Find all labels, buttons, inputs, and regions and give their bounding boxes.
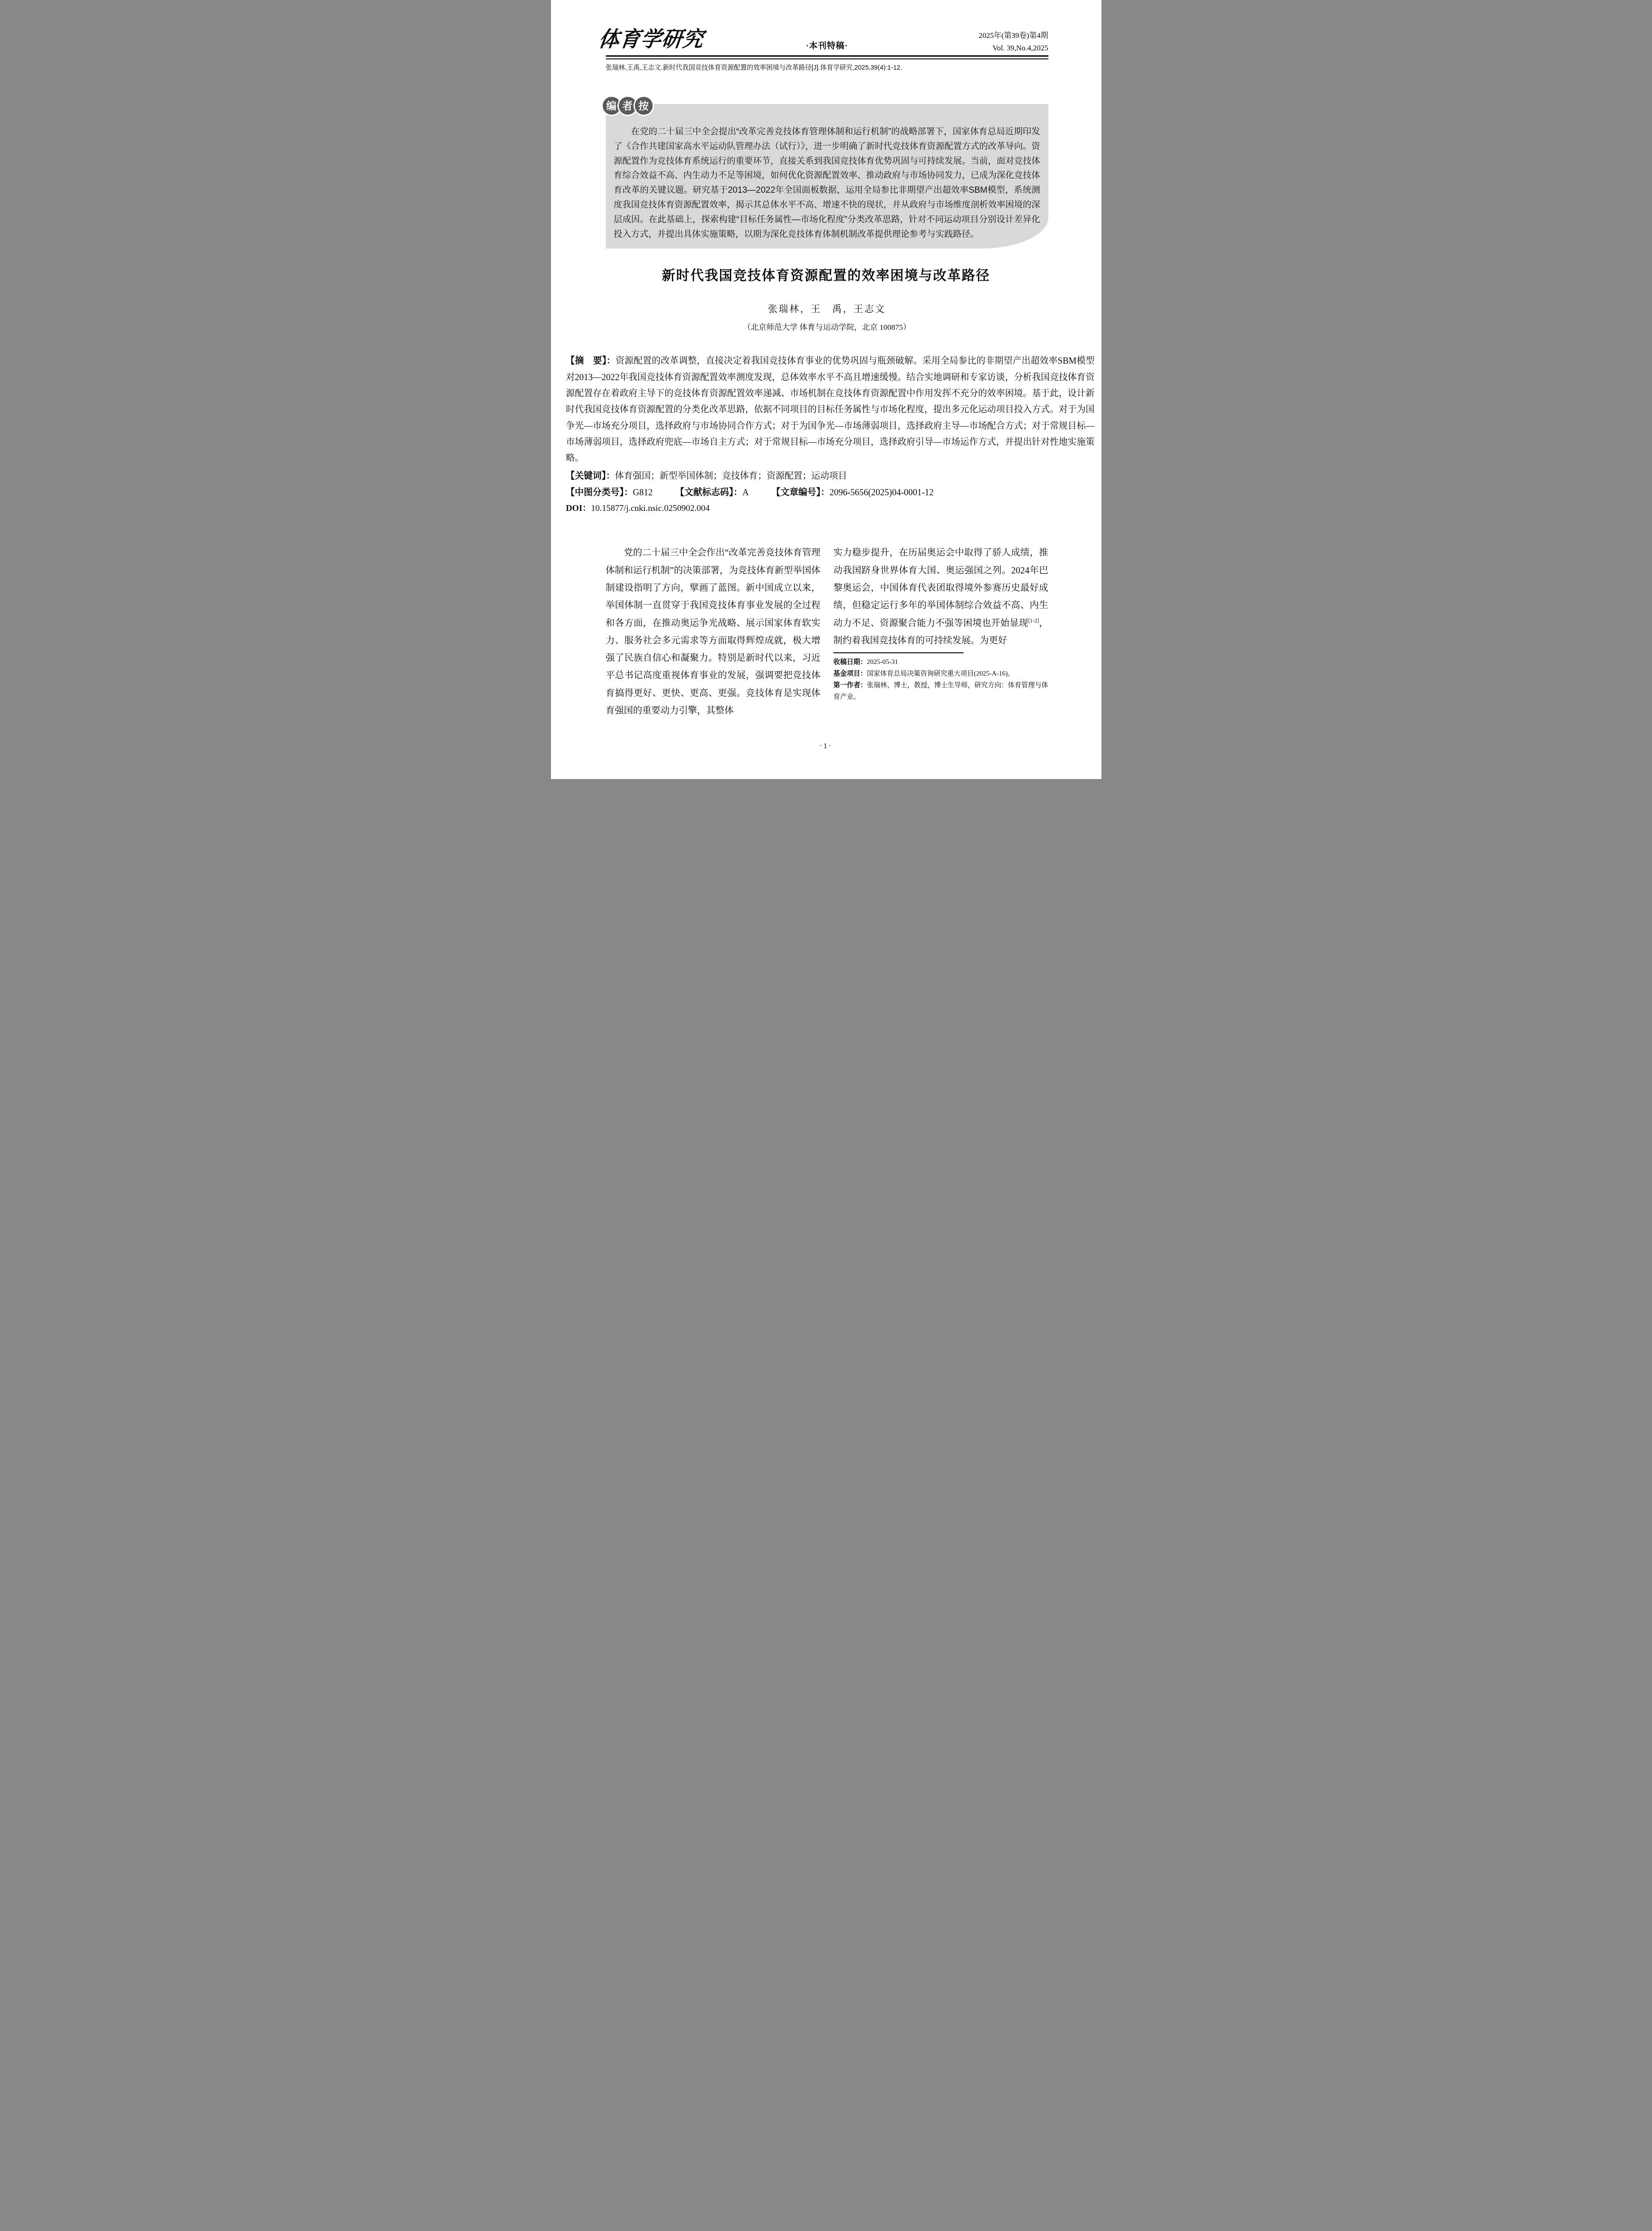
- article-title: 新时代我国竞技体育资源配置的效率困境与改革路径: [551, 266, 1101, 285]
- journal-logo: 体育学研究: [597, 27, 705, 51]
- fund-label: 基金项目：: [833, 670, 867, 677]
- body-left-column: 党的二十届三中全会作出“改革完善竞技体育管理体制和运行机制”的决策部署，为竞技体…: [606, 544, 821, 725]
- doi-label: DOI：: [566, 504, 591, 513]
- affiliation: （北京师范大学 体育与运动学院，北京 100875）: [606, 322, 1048, 332]
- body-columns: 党的二十届三中全会作出“改革完善竞技体育管理体制和运行机制”的决策部署，为竞技体…: [606, 544, 1048, 725]
- body-paragraph-right: 实力稳步提升，在历届奥运会中取得了骄人成绩，推动我国跻身世界体育大国、奥运强国之…: [833, 544, 1048, 650]
- article-id-segment: 【文章编号】：2096-5656(2025)04-0001-12: [771, 488, 933, 498]
- issue-cn: 2025年(第39卷)第4期: [979, 29, 1048, 42]
- footnote-fund: 基金项目：国家体育总局决策咨询研究重大项目(2025-A-16)。: [833, 668, 1048, 680]
- footnote-block: 收稿日期：2025-05-31 基金项目：国家体育总局决策咨询研究重大项目(20…: [833, 652, 1048, 703]
- doc-code-value: A: [742, 488, 749, 498]
- journal-first-page: 体育学研究 ·本刊特稿· 2025年(第39卷)第4期 Vol. 39,No.4…: [551, 0, 1101, 779]
- issue-en: Vol. 39,No.4,2025: [979, 42, 1048, 54]
- article-id-label: 【文章编号】：: [771, 488, 829, 498]
- body-right-column: 实力稳步提升，在历届奥运会中取得了骄人成绩，推动我国跻身世界体育大国、奥运强国之…: [833, 544, 1048, 725]
- body-paragraph-left: 党的二十届三中全会作出“改革完善竞技体育管理体制和运行机制”的决策部署，为竞技体…: [606, 544, 821, 720]
- doc-code-label: 【文献标志码】：: [675, 488, 742, 498]
- badge-char-bian: 编: [603, 97, 621, 115]
- page-number: ·1·: [551, 742, 1101, 751]
- header-double-rule: [606, 55, 1048, 59]
- badge-char-an: 按: [635, 97, 653, 115]
- keywords-text: 体育强国；新型举国体制；竞技体育；资源配置；运动项目: [615, 471, 847, 481]
- footnote-first-author: 第一作者：张瑞林，博士，教授，博士生导师，研究方向：体育管理与体育产业。: [833, 680, 1048, 703]
- abstract-text: 资源配置的改革调整，直接决定着我国竞技体育事业的优势巩固与瓶颈破解。采用全局参比…: [566, 356, 1095, 463]
- clc-value: G812: [633, 488, 653, 498]
- keywords-label: 【关键词】：: [566, 471, 615, 481]
- received-label: 收稿日期：: [833, 658, 867, 666]
- article-id-value: 2096-5656(2025)04-0001-12: [829, 488, 933, 498]
- clc-segment: 【中图分类号】：G812: [566, 488, 653, 498]
- keywords-line: 【关键词】：体育强国；新型举国体制；竞技体育；资源配置；运动项目: [566, 468, 1095, 484]
- footnote-received: 收稿日期：2025-05-31: [833, 656, 1048, 668]
- clc-label: 【中图分类号】：: [566, 488, 633, 498]
- reference-superscript: [1-2]: [1028, 618, 1039, 624]
- body-right-text-1: 实力稳步提升，在历届奥运会中取得了骄人成绩，推动我国跻身世界体育大国、奥运强国之…: [833, 548, 1048, 628]
- badge-char-zhe: 者: [619, 97, 637, 115]
- editor-note-badge: 编 者 按: [603, 97, 651, 115]
- abstract-label: 【摘 要】：: [566, 356, 616, 366]
- authors: 张瑞林，王 禹，王志文: [606, 302, 1048, 315]
- editor-note-box: 在党的二十届三中全会提出“改革完善竞技体育管理体制和运行机制”的战略部署下，国家…: [606, 104, 1048, 249]
- editor-note: 编 者 按 在党的二十届三中全会提出“改革完善竞技体育管理体制和运行机制”的战略…: [606, 104, 1048, 249]
- citation-line: 张瑞林,王禹,王志文.新时代我国竞技体育资源配置的效率困境与改革路径[J].体育…: [606, 63, 1048, 73]
- editor-note-text: 在党的二十届三中全会提出“改革完善竞技体育管理体制和运行机制”的战略部署下，国家…: [614, 124, 1040, 241]
- received-value: 2025-05-31: [867, 659, 898, 666]
- classification-line: 【中图分类号】：G812 【文献标志码】：A 【文章编号】：2096-5656(…: [566, 485, 1095, 501]
- doi-value: 10.15877/j.cnki.nsic.0250902.004: [591, 504, 710, 513]
- abstract: 【摘 要】：资源配置的改革调整，直接决定着我国竞技体育事业的优势巩固与瓶颈破解。…: [566, 353, 1095, 466]
- first-author-label: 第一作者：: [833, 681, 867, 689]
- page-header: 体育学研究 ·本刊特稿· 2025年(第39卷)第4期 Vol. 39,No.4…: [606, 29, 1048, 54]
- fund-value: 国家体育总局决策咨询研究重大项目(2025-A-16)。: [867, 670, 1014, 677]
- column-label: ·本刊特稿·: [806, 39, 848, 51]
- doi-line: DOI：10.15877/j.cnki.nsic.0250902.004: [566, 501, 1095, 517]
- issue-info: 2025年(第39卷)第4期 Vol. 39,No.4,2025: [979, 29, 1048, 54]
- doc-code-segment: 【文献标志码】：A: [675, 488, 749, 498]
- footnote-rule: [833, 652, 964, 653]
